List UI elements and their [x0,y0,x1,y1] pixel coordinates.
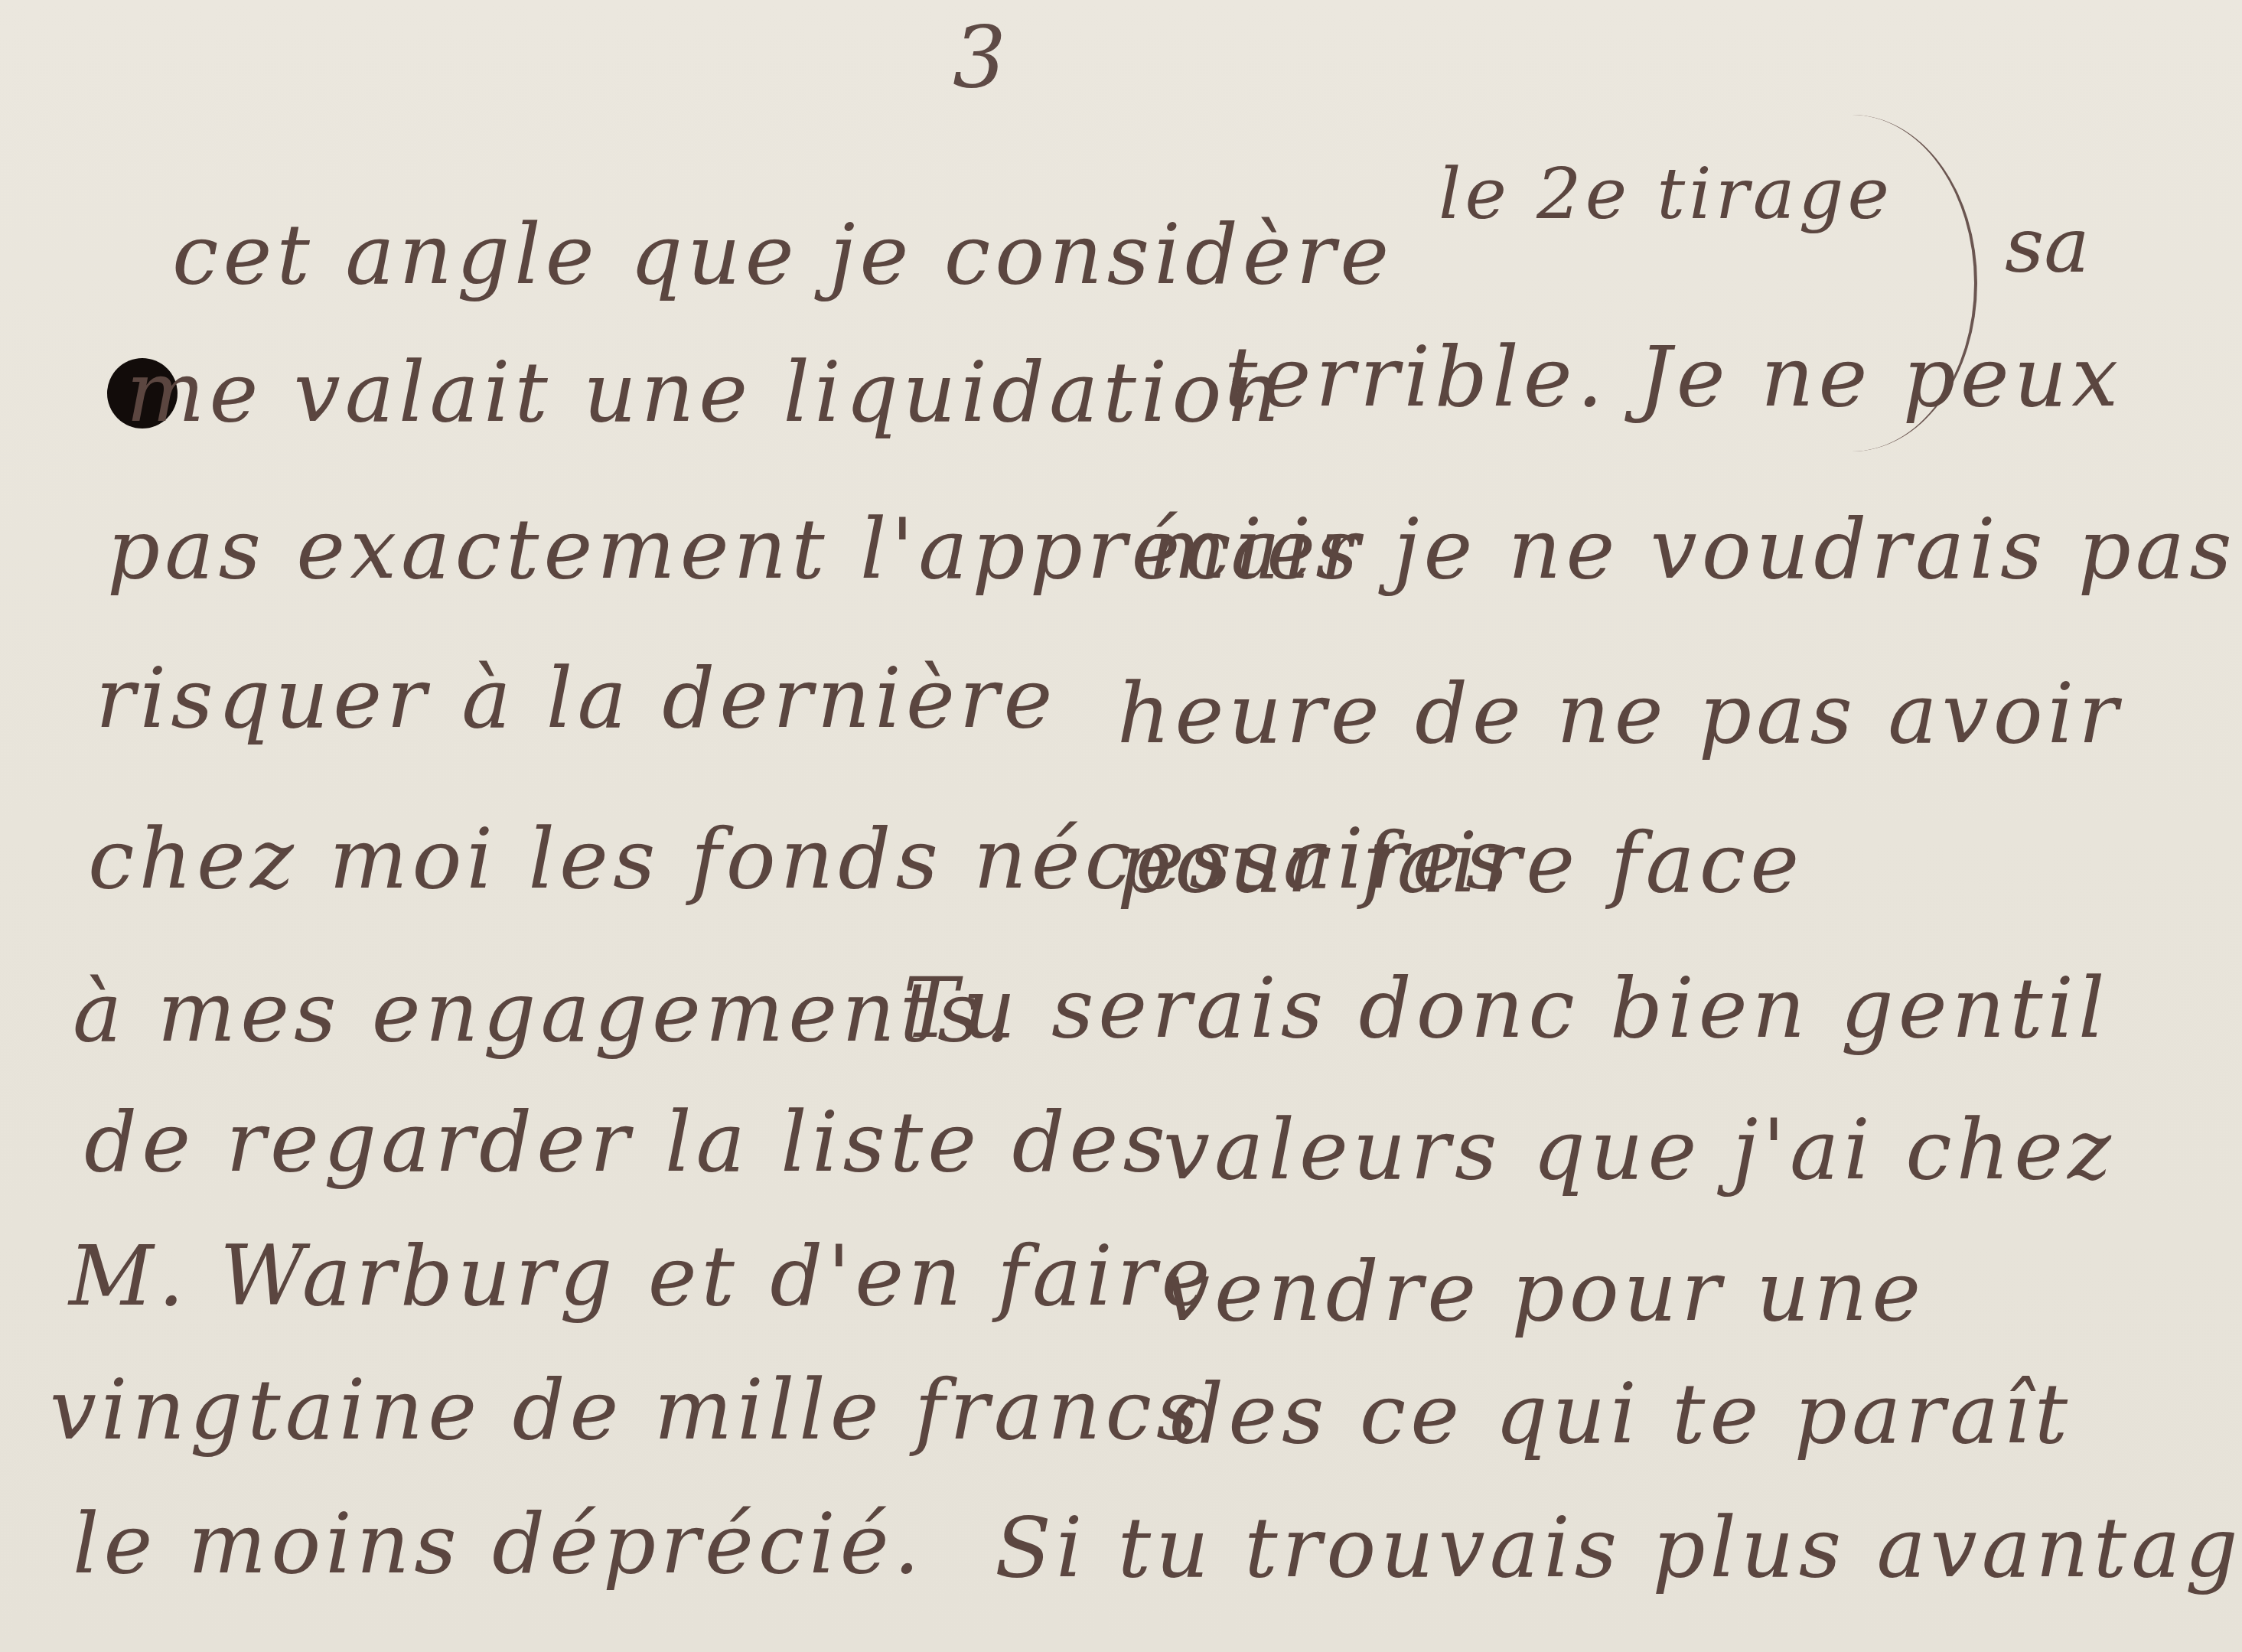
handwritten-line-7: de regarder la liste des [84,1102,1170,1184]
letter-page: 3 cet angle que je considère le 2e tirag… [0,0,2242,1652]
handwritten-line-6-end: Tu serais donc bien gentil [903,968,2110,1051]
handwritten-line-2-end: terrible. Je ne peux [1224,337,2123,419]
handwritten-line-1: cet angle que je considère [172,214,1393,297]
handwritten-line-8: M. Warburg et d'en faire [69,1236,1214,1318]
handwritten-line-9-end: des ce qui te paraît [1171,1373,2072,1456]
handwritten-line-5-end: pour faire face [1117,823,1804,905]
handwritten-line-3-end: mais je ne voudrais pas [1148,509,2237,591]
handwritten-line-1-insert: le 2e tirage [1439,153,1893,235]
handwritten-line-10-end: Si tu trouvais plus avantageux [995,1507,2242,1590]
handwritten-line-9: vingtaine de mille francs [50,1370,1204,1452]
handwritten-line-2: me valait une liquidation [126,352,1284,435]
handwritten-line-4: risquer à la dernière [96,658,1057,741]
handwritten-line-7-end: valeurs que j'ai chez [1163,1109,2116,1192]
handwritten-line-1-end: sa [2005,200,2090,290]
handwritten-line-10: le moins déprécié. [73,1504,924,1586]
handwritten-line-4-end: heure de ne pas avoir [1117,673,2123,756]
handwritten-line-8-end: vendre pour une [1163,1251,1925,1334]
page-number: 3 [953,15,1006,99]
handwritten-line-6: à mes engagements. [73,972,1015,1054]
